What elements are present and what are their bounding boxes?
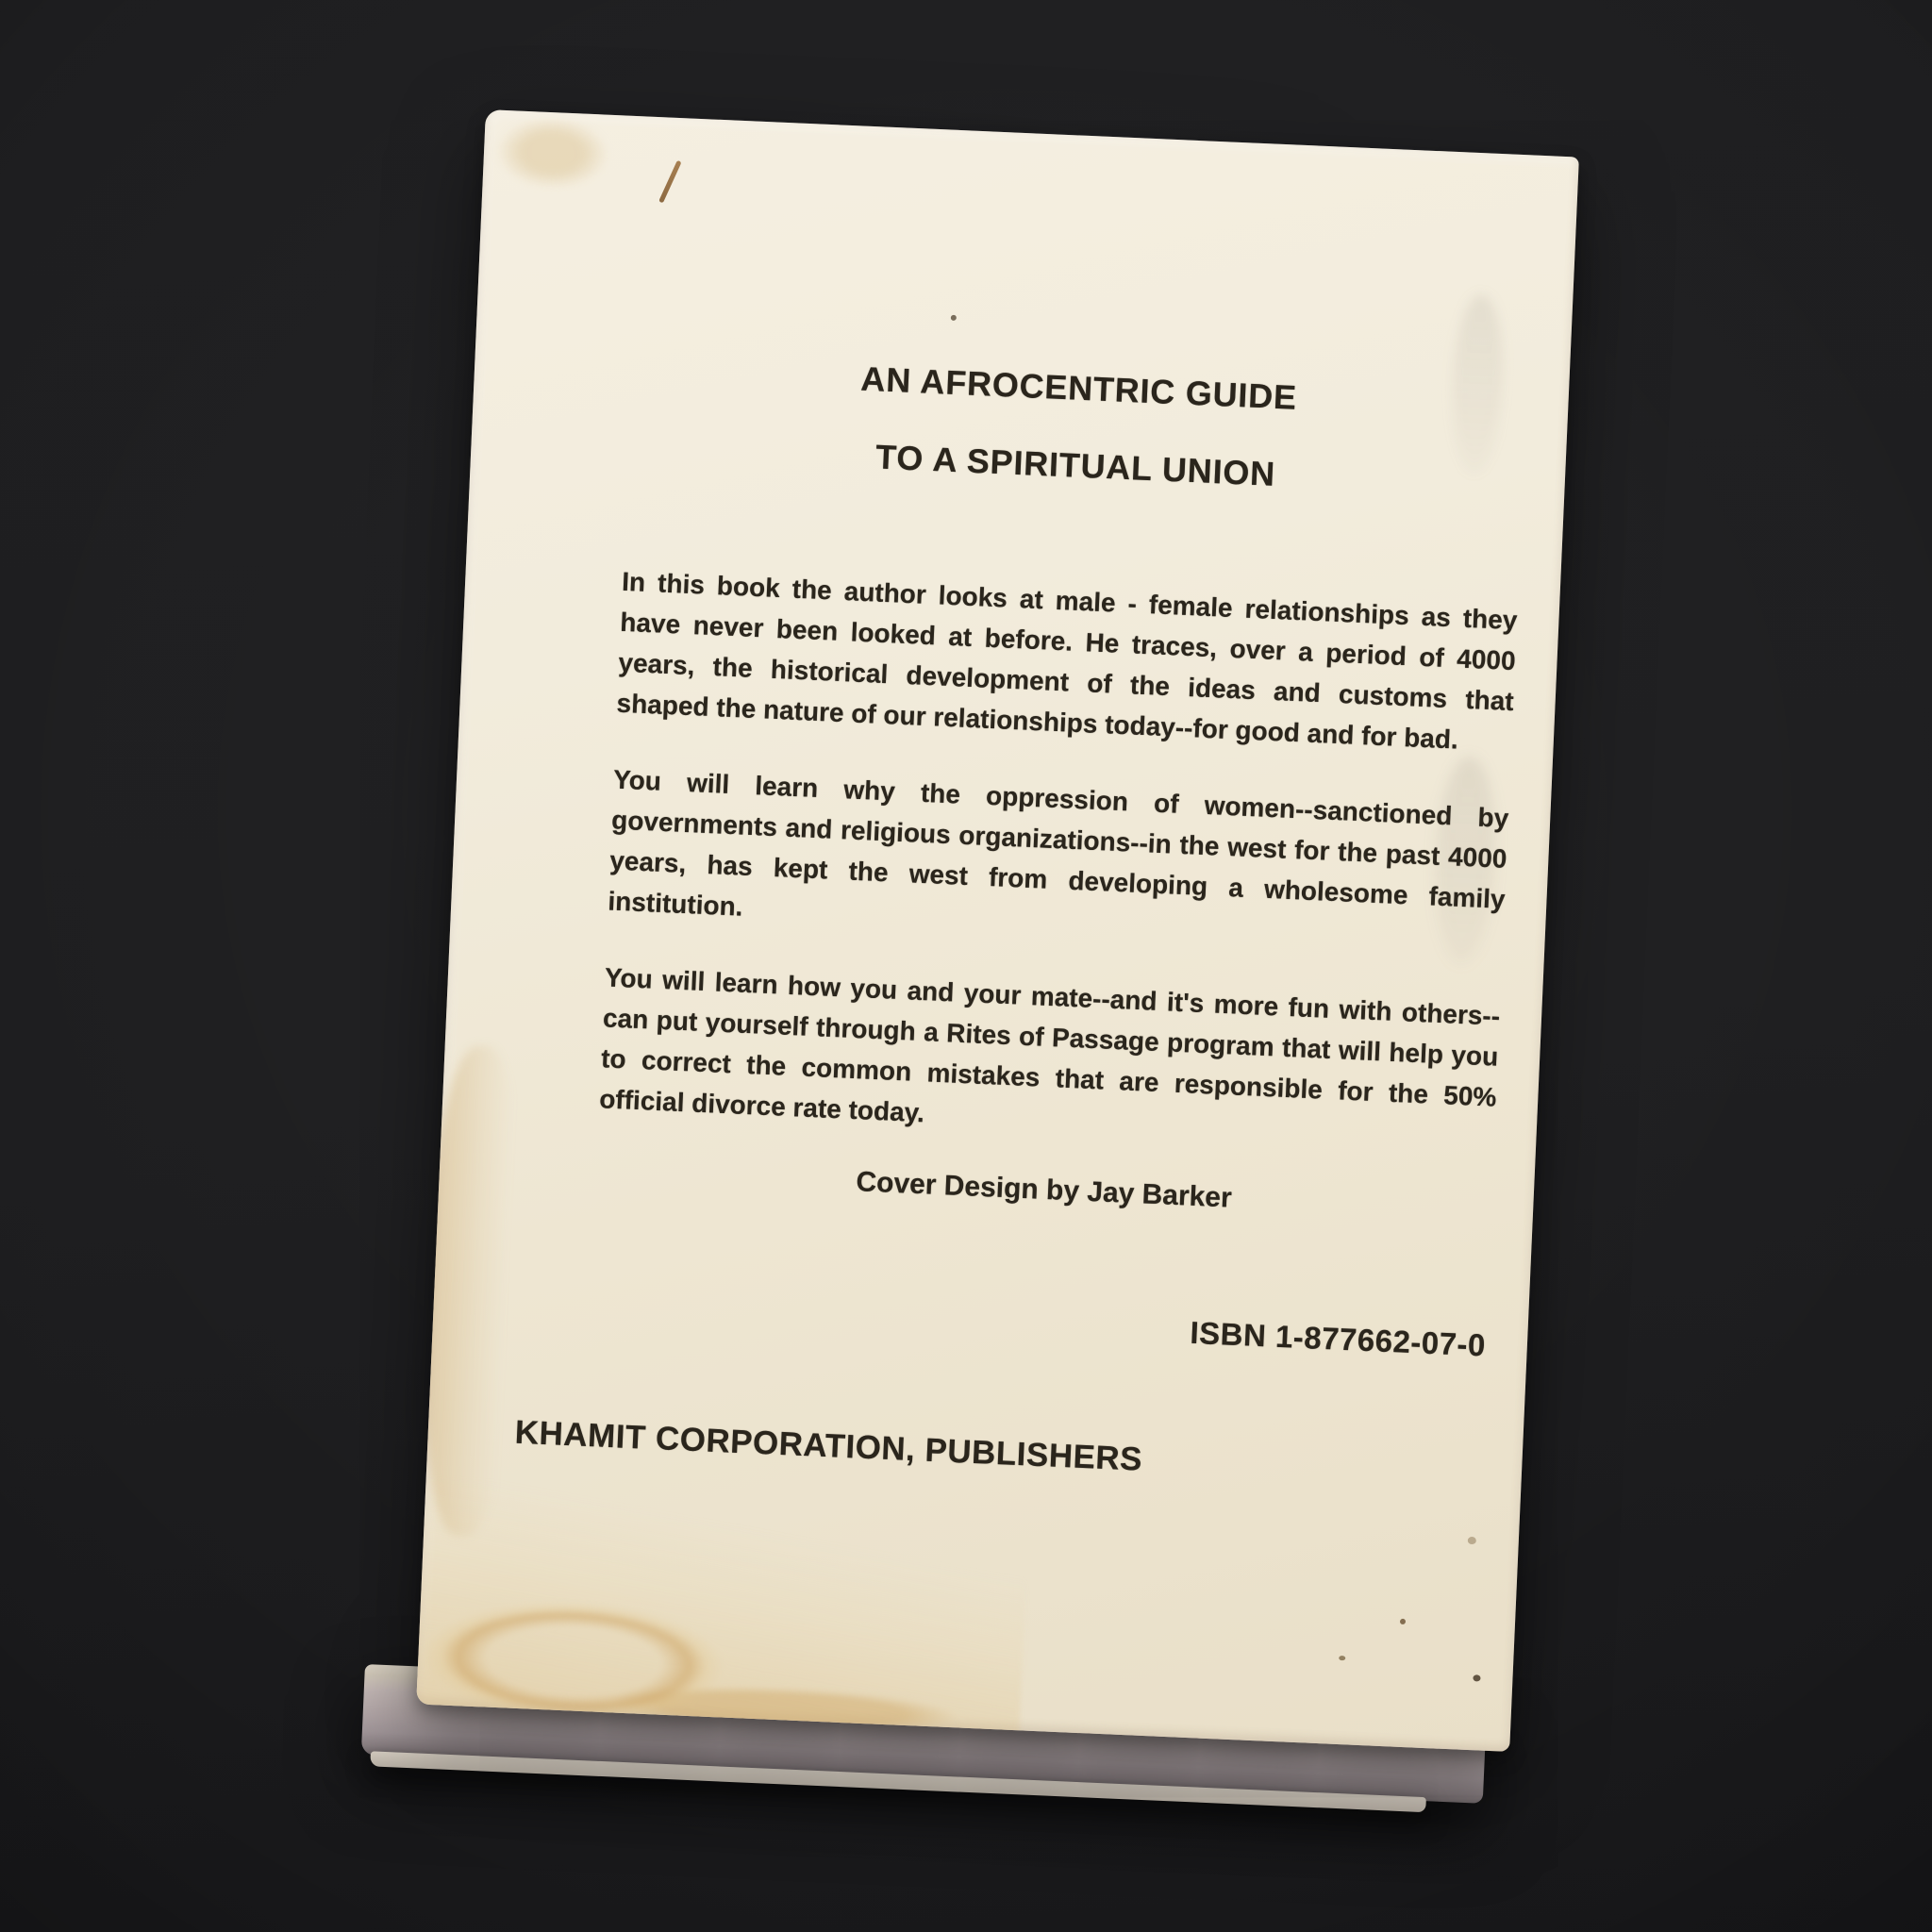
paper-speck (1473, 1674, 1480, 1681)
paper-speck (1400, 1619, 1406, 1624)
back-cover-text-block: AN AFROCENTRIC GUIDE TO A SPIRITUAL UNIO… (584, 352, 1527, 1493)
paperback-book: AN AFROCENTRIC GUIDE TO A SPIRITUAL UNIO… (416, 109, 1579, 1752)
paper-speck (951, 315, 957, 321)
book-title-line2: TO A SPIRITUAL UNION (627, 429, 1524, 502)
scratch-mark (658, 160, 681, 204)
water-stain-left-edge (416, 1044, 529, 1539)
blurb-paragraph-3: You will learn how you and your mate--an… (598, 957, 1501, 1158)
book-title-line1: AN AFROCENTRIC GUIDE (630, 352, 1527, 425)
publisher-name: KHAMIT CORPORATION, PUBLISHERS (514, 1414, 1481, 1494)
paper-speck (1468, 1537, 1476, 1544)
stain-top-left-corner (472, 109, 695, 272)
blurb-paragraph-1: In this book the author looks at male - … (616, 561, 1519, 762)
isbn-number: ISBN 1-877662-07-0 (590, 1289, 1487, 1363)
photo-background: AN AFROCENTRIC GUIDE TO A SPIRITUAL UNIO… (0, 0, 1932, 1932)
paper-speck (1339, 1656, 1345, 1660)
blurb-paragraph-2: You will learn why the oppression of wom… (608, 759, 1510, 960)
cover-design-credit: Cover Design by Jay Barker (595, 1155, 1492, 1225)
book-back-cover: AN AFROCENTRIC GUIDE TO A SPIRITUAL UNIO… (416, 109, 1579, 1752)
